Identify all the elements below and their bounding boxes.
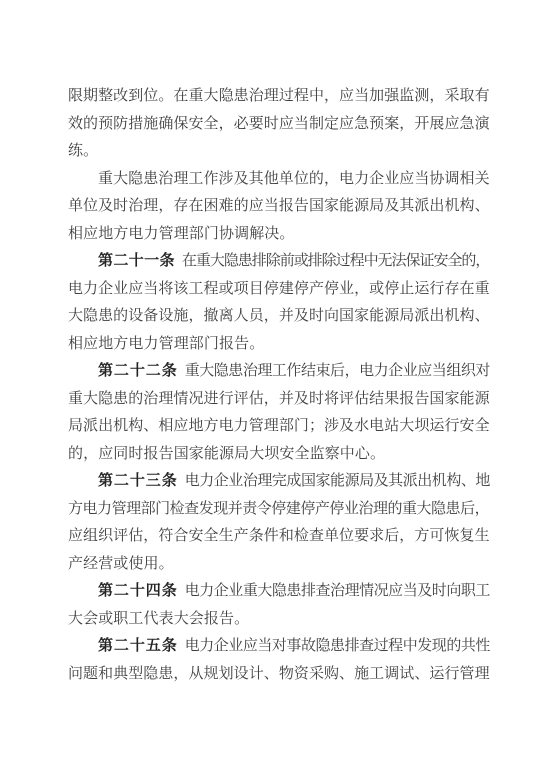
text-line: 单位及时治理，存在困难的应当报告国家能源局及其派出机构、	[68, 193, 489, 221]
article-number-label: 第二十五条	[98, 638, 178, 654]
text-line: 第二十四条电力企业重大隐患排查治理情况应当及时向职工	[68, 578, 489, 606]
text-line: 第二十五条电力企业应当对事故隐患排查过程中发现的共性	[68, 633, 489, 661]
text-line: 相应地方电力管理部门协调解决。	[68, 221, 489, 249]
text-line: 相应地方电力管理部门报告。	[68, 331, 489, 359]
article-number-label: 第二十一条	[98, 253, 175, 269]
article-number-label: 第二十二条	[98, 363, 178, 379]
text-line: 重大隐患的治理情况进行评估，并及时将评估结果报告国家能源	[68, 386, 489, 414]
text-line: 产经营或使用。	[68, 551, 489, 579]
article-number-label: 第二十三条	[98, 473, 178, 489]
text-line: 应组织评估，符合安全生产条件和检查单位要求后，方可恢复生	[68, 523, 489, 551]
text-line: 第二十三条电力企业治理完成国家能源局及其派出机构、地	[68, 468, 489, 496]
text-line: 大隐患的设备设施，撤离人员，并及时向国家能源局派出机构、	[68, 303, 489, 331]
text-line: 问题和典型隐患，从规划设计、物资采购、施工调试、运行管理	[68, 661, 489, 689]
text-line: 限期整改到位。在重大隐患治理过程中，应当加强监测，采取有	[68, 83, 489, 111]
text-line: 第二十一条在重大隐患排除前或排除过程中无法保证安全的，	[68, 248, 489, 276]
article-number-label: 第二十四条	[98, 583, 178, 599]
document-page: 限期整改到位。在重大隐患治理过程中，应当加强监测，采取有效的预防措施确保安全，必…	[0, 0, 553, 782]
text-line: 第二十二条重大隐患治理工作结束后，电力企业应当组织对	[68, 358, 489, 386]
text-line: 效的预防措施确保安全，必要时应当制定应急预案，开展应急演	[68, 111, 489, 139]
text-line: 电力企业应当将该工程或项目停建停产停业，或停止运行存在重	[68, 276, 489, 304]
text-line: 的，应同时报告国家能源局大坝安全监察中心。	[68, 441, 489, 469]
document-text: 限期整改到位。在重大隐患治理过程中，应当加强监测，采取有效的预防措施确保安全，必…	[68, 83, 489, 688]
text-line: 练。	[68, 138, 489, 166]
text-line: 方电力管理部门检查发现并责令停建停产停业治理的重大隐患后，	[68, 496, 489, 524]
text-line: 局派出机构、相应地方电力管理部门；涉及水电站大坝运行安全	[68, 413, 489, 441]
text-line: 重大隐患治理工作涉及其他单位的，电力企业应当协调相关	[68, 166, 489, 194]
text-line: 大会或职工代表大会报告。	[68, 606, 489, 634]
